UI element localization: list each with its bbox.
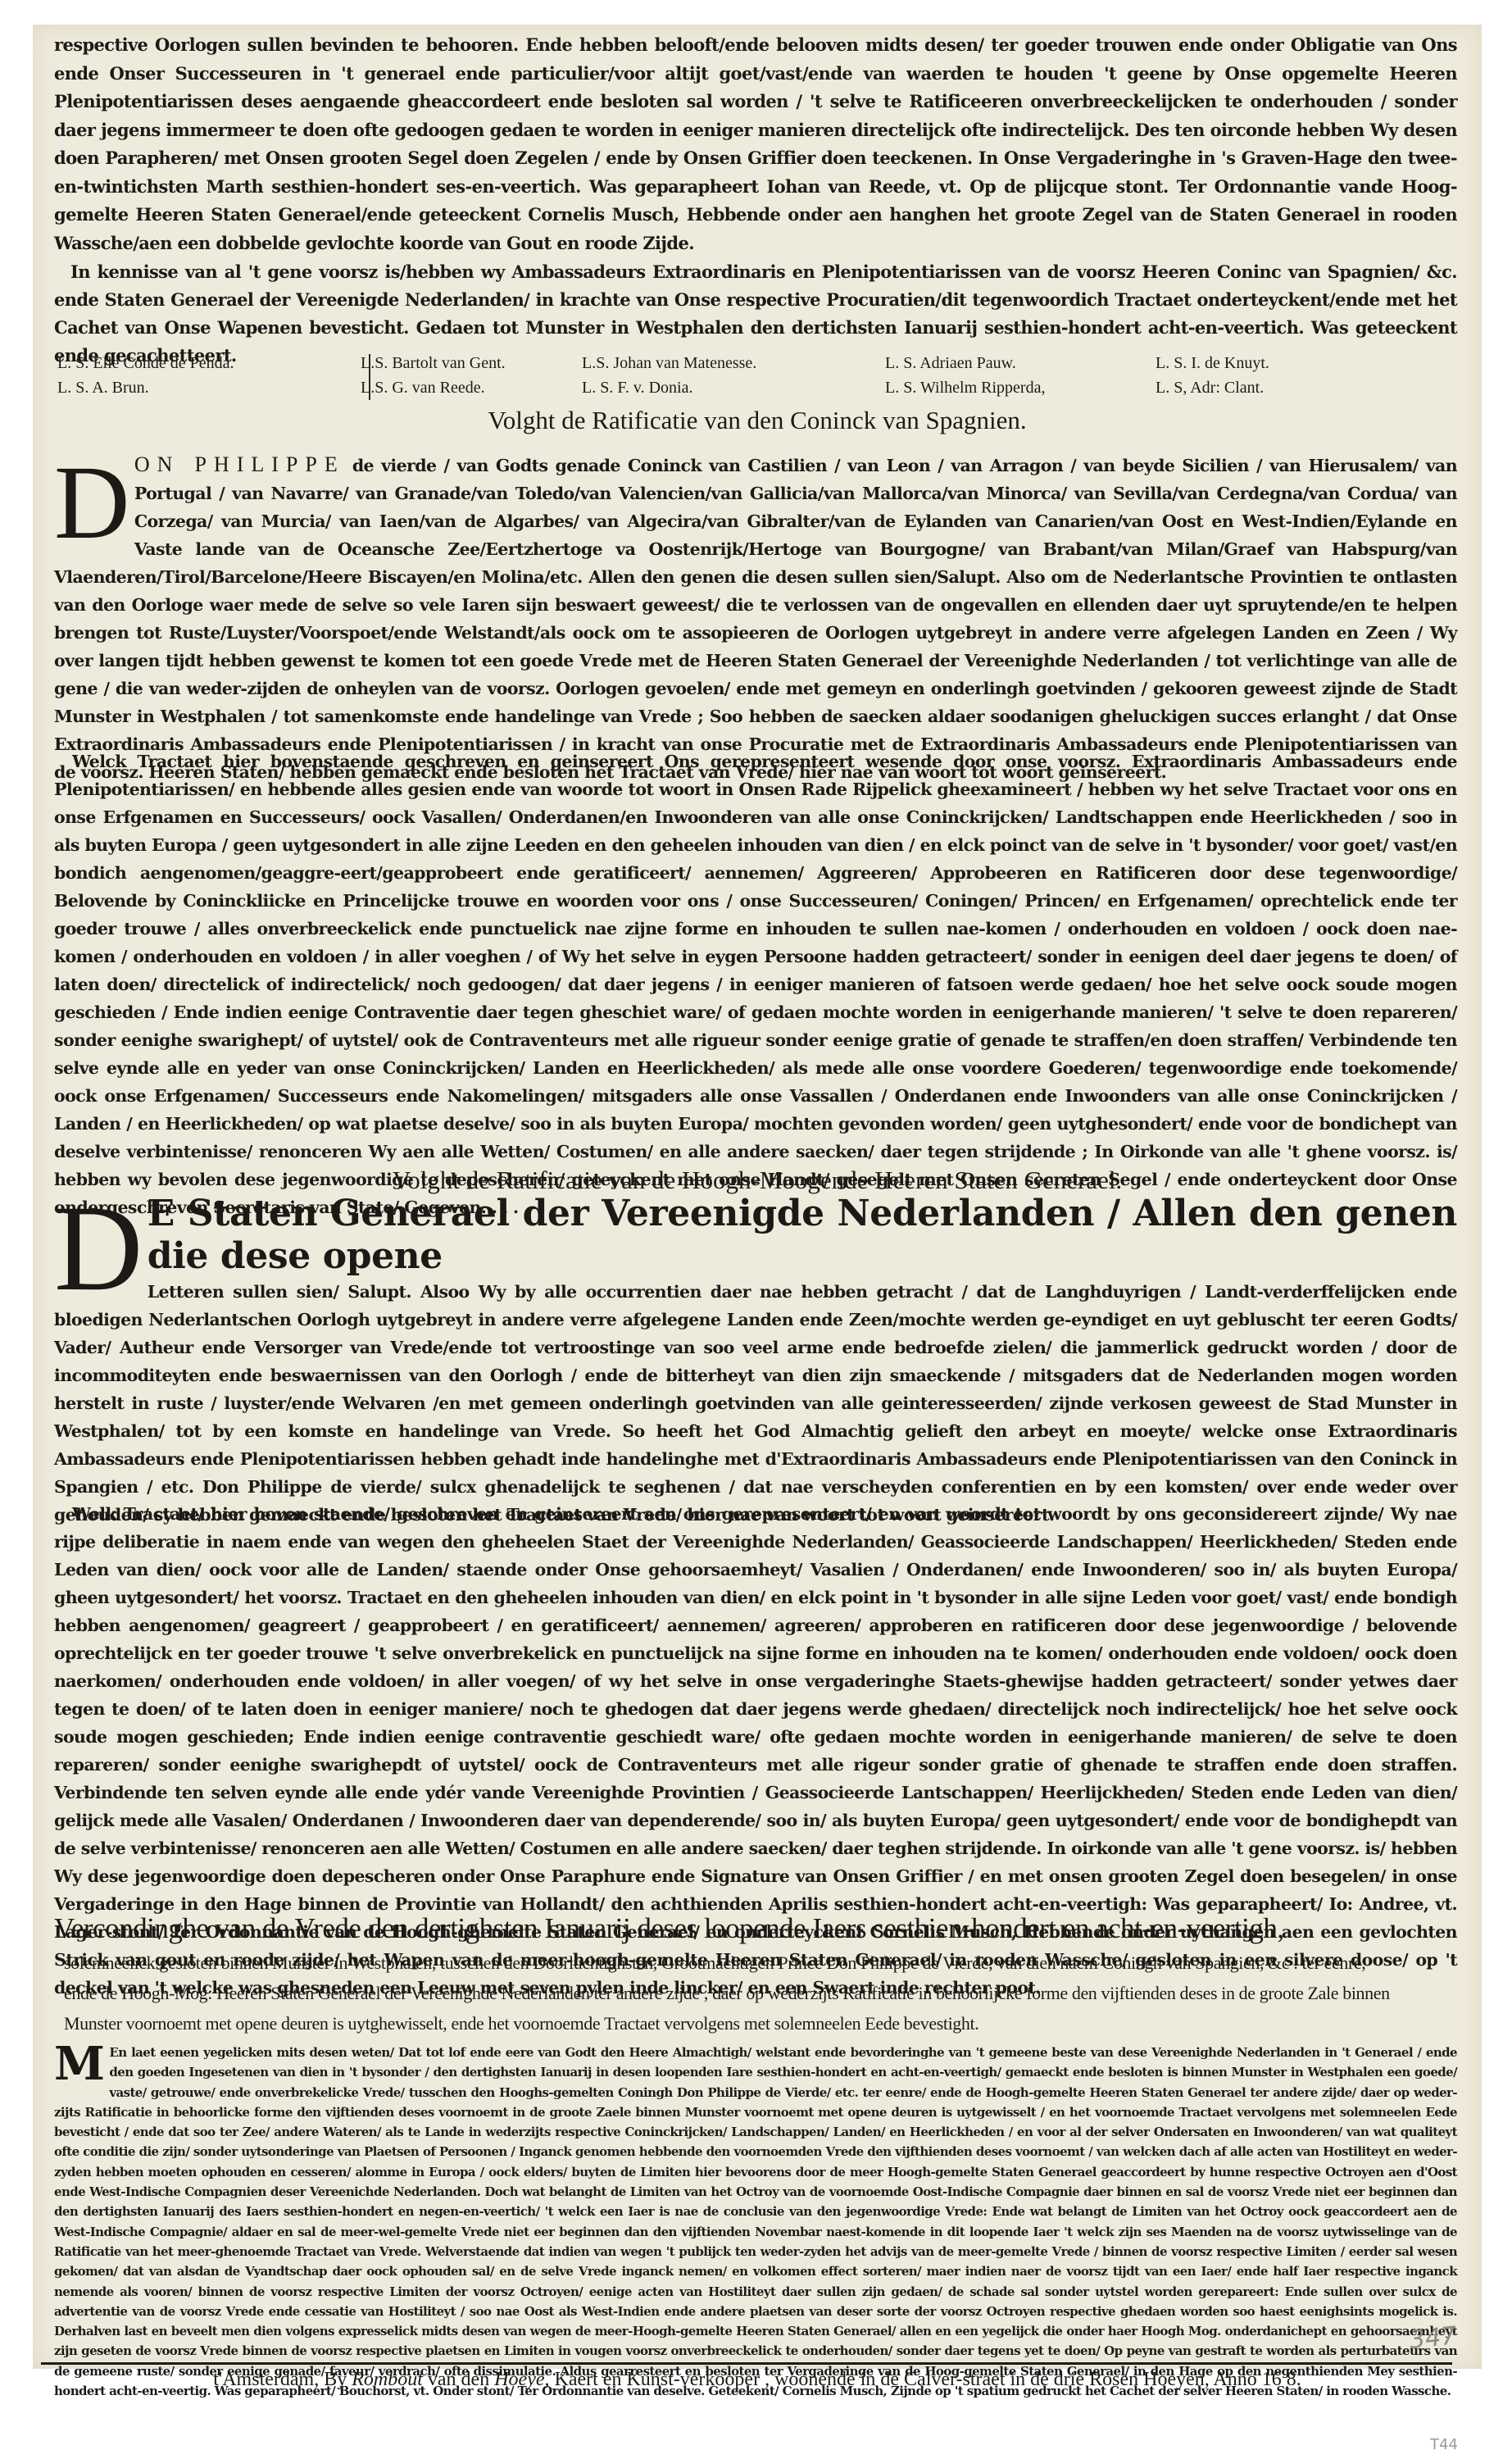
signature: L. S. I. de Knuyt. — [1156, 351, 1360, 375]
intro-paragraph: respective Oorlogen sullen bevinden te b… — [54, 31, 1457, 257]
signature-row-1: L. S. Elle Conde de Penda. L.S. Bartolt … — [57, 351, 1449, 375]
proclamation-subtitle: solemneelick gesloten binnen Munster in … — [54, 1948, 1400, 2039]
signature-row-2: L. S. A. Brun. L.S. G. van Reede. L. S. … — [57, 375, 1449, 400]
signature: L. S, Adr: Clant. — [1156, 375, 1360, 400]
signature: L. S. A. Brun. — [57, 375, 361, 400]
signatures-block: L. S. Elle Conde de Penda. L.S. Bartolt … — [57, 351, 1449, 400]
signature: L.S. G. van Reede. — [361, 375, 582, 400]
section-heading-spain: Volght de Ratificatie van den Coninck va… — [33, 406, 1482, 435]
drop-cap: M — [54, 2046, 104, 2083]
body-text: de vierde / van Godts genade Coninck van… — [54, 456, 1457, 782]
pencil-annotation: 347 — [1408, 2321, 1458, 2355]
proclamation-body: M En laet eenen yegelicken mits desen we… — [54, 2043, 1457, 2401]
proclamation-title: Vercondinghe van de Vrede den dertighste… — [54, 1910, 1400, 1948]
body-text: Letteren sullen sien/ Salupt. Alsoo Wy b… — [54, 1282, 1457, 1525]
signature-divider — [369, 354, 370, 400]
section-heading-states-general: Volght de Ratificatie van de Hoogh-Mooge… — [33, 1166, 1482, 1195]
signature: L. S. Wilhelm Ripperda, — [885, 375, 1156, 400]
imprint-suffix: , Kaert en Kunst-verkooper , woonende in… — [545, 2369, 1301, 2390]
pencil-annotation-below: T44 — [1430, 2436, 1458, 2453]
signature: L. S. Adriaen Pauw. — [885, 351, 1156, 375]
spain-ratification-body-2: Welck Tractaet hier bovenstaende geschre… — [54, 748, 1457, 1221]
drop-cap: D — [54, 1199, 143, 1298]
imprint-name: Hoeye — [494, 2369, 544, 2390]
drop-cap: D — [54, 461, 129, 544]
body-text: En laet eenen yegelicken mits desen wete… — [54, 2045, 1457, 2398]
signature: L. S. Elle Conde de Penda. — [57, 351, 361, 375]
signature: L.S. Johan van Matenesse. — [582, 351, 885, 375]
proclamation-heading: Vercondinghe van de Vrede den dertighste… — [54, 1910, 1400, 2039]
imprint-middle: van den — [428, 2369, 489, 2390]
signature: L. S. F. v. Donia. — [582, 375, 885, 400]
imprint-prefix: t'Amsterdam, By — [213, 2369, 347, 2390]
document-page: respective Oorlogen sullen bevinden te b… — [33, 25, 1482, 2369]
opening-line: E Staten Generael der Vereenigde Nederla… — [148, 1193, 1457, 1277]
printer-imprint: t'Amsterdam, By Rombout van den Hoeye, K… — [33, 2369, 1482, 2391]
spain-ratification-body: D ON PHILIPPE de vierde / van Godts gena… — [54, 451, 1457, 786]
signature: L.S. Bartolt van Gent. — [361, 351, 582, 375]
opening-words: ON PHILIPPE — [134, 452, 345, 476]
footer-rule — [41, 2362, 1452, 2365]
states-ratification-body: D E Staten Generael der Vereenigde Neder… — [54, 1193, 1457, 1529]
imprint-printer: Rombout — [352, 2369, 423, 2390]
